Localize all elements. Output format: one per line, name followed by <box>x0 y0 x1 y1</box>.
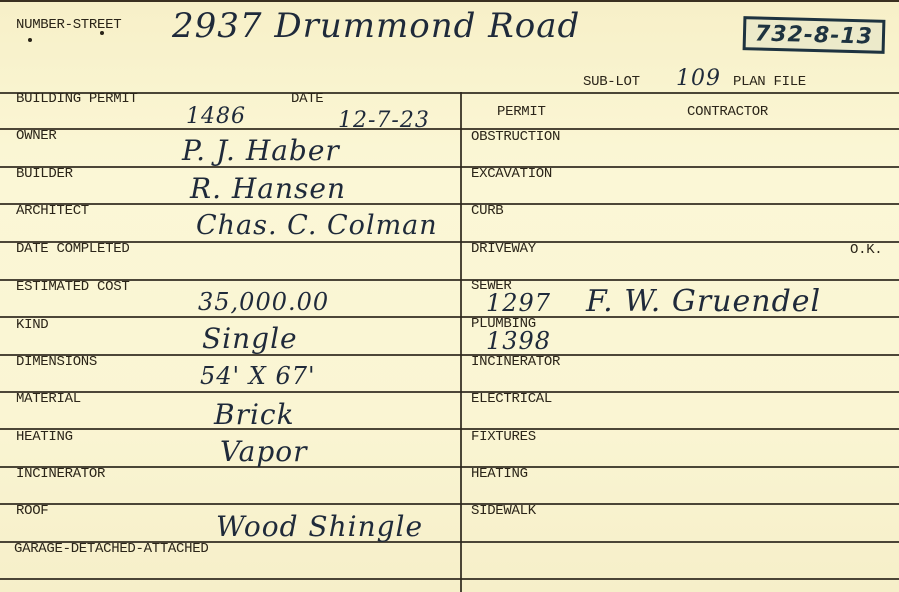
curb-label: CURB <box>471 203 503 219</box>
rule-line <box>0 279 899 281</box>
date-label: DATE <box>291 91 323 107</box>
date-completed-label: DATE COMPLETED <box>16 241 129 257</box>
contractor-column-header: CONTRACTOR <box>687 104 768 120</box>
incinerator-label: INCINERATOR <box>16 466 105 482</box>
builder-value: R. Hansen <box>190 172 346 205</box>
number-street-label: NUMBER-STREET <box>16 17 121 33</box>
driveway-label: DRIVEWAY <box>471 241 536 257</box>
rule-line <box>0 391 899 393</box>
heating-value: Vapor <box>220 435 308 468</box>
sidewalk-label: SIDEWALK <box>471 503 536 519</box>
permit-card: NUMBER-STREET 2937 Drummond Road 732-8-1… <box>0 0 899 592</box>
punch-dot <box>100 31 104 35</box>
file-number-stamp: 732-8-13 <box>743 16 886 54</box>
owner-value: P. J. Haber <box>182 134 340 167</box>
permit-number: 1486 <box>186 104 246 129</box>
excavation-label: EXCAVATION <box>471 166 552 182</box>
rule-line <box>0 428 899 430</box>
material-label: MATERIAL <box>16 391 81 407</box>
sewer-contractor: F. W. Gruendel <box>586 284 821 319</box>
rule-line <box>0 203 899 205</box>
building-permit-label: BUILDING PERMIT <box>16 91 138 107</box>
dimensions-label: DIMENSIONS <box>16 354 97 370</box>
fixtures-label: FIXTURES <box>471 429 536 445</box>
sewer-permit-number: 1297 <box>486 289 551 317</box>
estimated-cost-value: 35,000.00 <box>198 288 329 316</box>
permit-date: 12-7-23 <box>338 108 430 133</box>
obstruction-label: OBSTRUCTION <box>471 129 560 145</box>
heating-permit-label: HEATING <box>471 466 528 482</box>
sub-lot-label: SUB-LOT <box>583 74 640 90</box>
builder-label: BUILDER <box>16 166 73 182</box>
rule-line <box>0 166 899 168</box>
rule-line <box>0 354 899 356</box>
rule-line <box>0 503 899 505</box>
architect-label: ARCHITECT <box>16 203 89 219</box>
incinerator-permit-label: INCINERATOR <box>471 354 560 370</box>
rule-line <box>0 241 899 243</box>
driveway-status: O.K. <box>850 242 882 258</box>
punch-dot <box>28 38 32 42</box>
kind-value: Single <box>202 322 298 355</box>
plumbing-permit-number: 1398 <box>486 327 551 355</box>
roof-value: Wood Shingle <box>216 510 423 543</box>
heating-label: HEATING <box>16 429 73 445</box>
plan-file-label: PLAN FILE <box>733 74 806 90</box>
rule-line <box>0 128 899 130</box>
card-top-edge <box>0 0 899 2</box>
kind-label: KIND <box>16 317 48 333</box>
column-divider <box>460 92 462 592</box>
electrical-label: ELECTRICAL <box>471 391 552 407</box>
roof-label: ROOF <box>16 503 48 519</box>
sub-lot-value: 109 <box>676 66 721 91</box>
material-value: Brick <box>214 398 295 431</box>
dimensions-value: 54' X 67' <box>200 362 316 390</box>
owner-label: OWNER <box>16 128 57 144</box>
rule-line <box>0 466 899 468</box>
file-number: 732-8-13 <box>755 21 874 49</box>
garage-label: GARAGE-DETACHED-ATTACHED <box>14 541 208 557</box>
estimated-cost-label: ESTIMATED COST <box>16 279 129 295</box>
permit-column-header: PERMIT <box>497 104 546 120</box>
rule-line <box>0 578 899 580</box>
address-handwritten: 2937 Drummond Road <box>172 6 580 46</box>
architect-value: Chas. C. Colman <box>196 210 438 241</box>
